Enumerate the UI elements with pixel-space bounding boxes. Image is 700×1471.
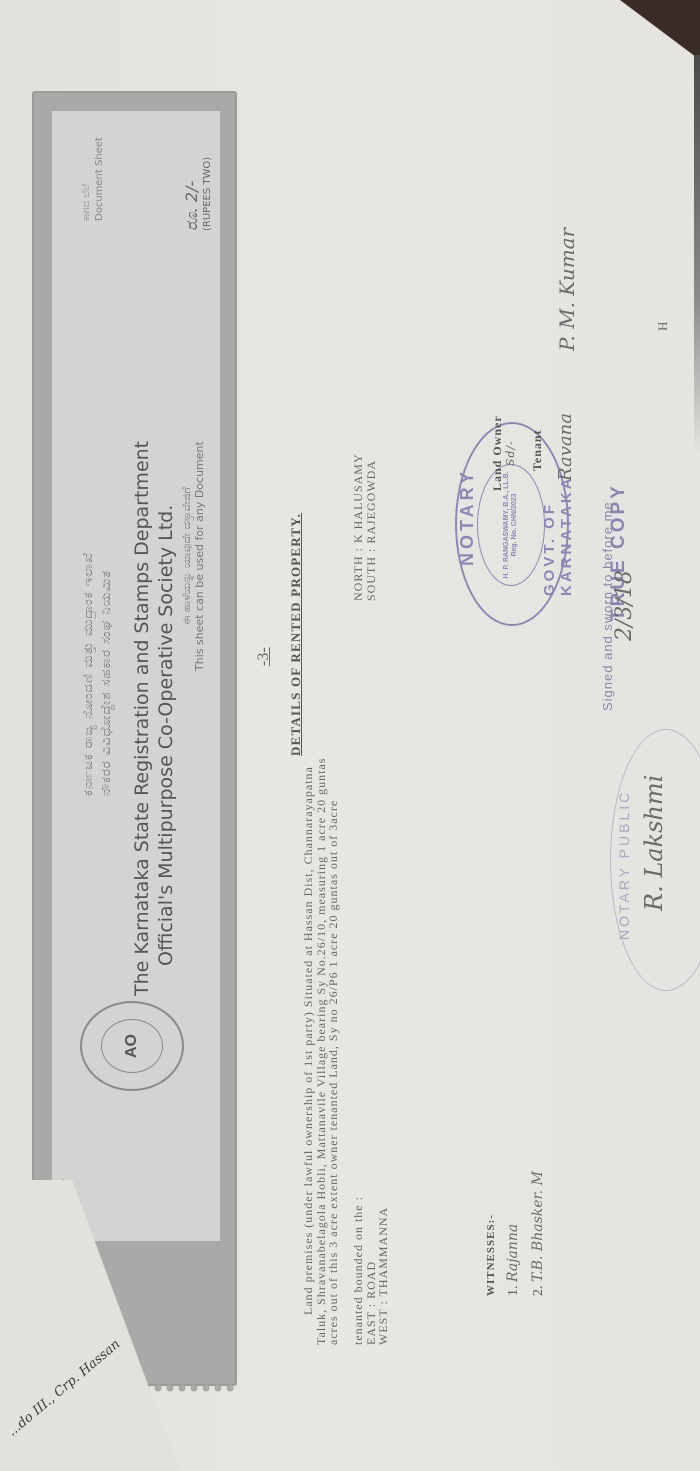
bounded-label: tenanted bounded on the : xyxy=(352,1196,365,1345)
right-note-line-1: ಕಾಗದ ಬೆಲೆ xyxy=(80,137,93,221)
land-owner-signature: Sd/- xyxy=(504,415,518,491)
stamp-inner-panel: ಬಿಲ್ ಕಾಗದ ಬಳಕೆ AO ಕರ್ನಾಟಕ ರಾಜ್ಯ ನೋಂದಣಿ ಮ… xyxy=(52,111,220,1241)
witness-1: 1. Rajanna xyxy=(505,1224,522,1296)
witnesses-label: WITNESSES:- xyxy=(485,1214,497,1296)
bound-west: WEST : THAMMANNA xyxy=(377,1196,390,1345)
notary-signature: R. Lakshmi xyxy=(640,775,668,911)
notary-public-seal-text: NOTARY PUBLIC xyxy=(616,790,632,940)
witness-signature: T.B. Bhasker. M xyxy=(530,1171,546,1282)
land-owner-block: Land Owner Sd/- xyxy=(490,415,518,491)
stamp-value: ರೂ. 2/- (RUPEES TWO) xyxy=(184,157,216,231)
land-owner-label: Land Owner xyxy=(490,415,504,491)
bounds-left: tenanted bounded on the : EAST : ROAD WE… xyxy=(352,1196,390,1345)
margin-mark: H xyxy=(655,322,671,331)
description-line: acres out of this 3 acre extent owner te… xyxy=(327,145,340,1345)
tenant-signature-2: P. M. Kumar xyxy=(555,228,579,351)
page-number: -3- xyxy=(255,647,273,666)
kannada-line-2: ನೌಕರರ ವಿವಿಧೋದ್ದೇಶ ಸಹಕಾರ ಸಂಘ ನಿಯಮಿತ xyxy=(98,552,116,796)
stamp-right-note: ಕಾಗದ ಬೆಲೆ Document Sheet xyxy=(80,137,106,221)
right-note-line-2: Document Sheet xyxy=(93,137,106,221)
kannada-line-1: ಕರ್ನಾಟಕ ರಾಜ್ಯ ನೋಂದಣಿ ಮತ್ತು ಮುದ್ರಾಂಕ ಇಲಾಖ… xyxy=(80,552,98,796)
stamp-value-words: (RUPEES TWO) xyxy=(200,157,216,231)
stamp-title-line-1: The Karnataka State Registration and Sta… xyxy=(130,441,154,996)
stamp-title-line-2: Official's Multipurpose Co-Operative Soc… xyxy=(154,441,178,996)
witness-signature: Rajanna xyxy=(505,1224,521,1282)
stamp-title: The Karnataka State Registration and Sta… xyxy=(130,441,178,996)
notary-seal-top: NOTARY xyxy=(457,468,478,566)
description-line: Land premises (under lawful ownership of… xyxy=(302,145,315,1345)
bound-north: NORTH : K HALUSAMY xyxy=(352,453,365,601)
rotated-document: ಬಿಲ್ ಕಾಗದ ಬಳಕೆ AO ಕರ್ನಾಟಕ ರಾಜ್ಯ ನೋಂದಣಿ ಮ… xyxy=(0,0,700,1471)
stamp-usage-note: ಈ ಹಾಳೆಯನ್ನು ಯಾವುದೇ ದಸ್ತಾವೇಜಿಗೆ This shee… xyxy=(180,441,206,671)
bound-south: SOUTH : RAJEGOWDA xyxy=(365,453,378,601)
witness-2: 2. T.B. Bhasker. M xyxy=(530,1171,547,1296)
usage-note-english: This sheet can be used for any Document xyxy=(193,441,206,671)
sworn-signature: 2/3/18 xyxy=(612,570,637,641)
usage-note-kannada: ಈ ಹಾಳೆಯನ್ನು ಯಾವುದೇ ದಸ್ತಾವೇಜಿಗೆ xyxy=(180,441,193,671)
tenant-signature: Ravana xyxy=(555,413,576,481)
tenant-label: Tenant xyxy=(530,429,545,471)
bounds-right: NORTH : K HALUSAMY SOUTH : RAJEGOWDA xyxy=(352,453,377,601)
property-description: Land premises (under lawful ownership of… xyxy=(302,145,340,1345)
witness-number: 2. xyxy=(531,1286,546,1297)
witness-number: 1. xyxy=(506,1286,521,1297)
stamp-value-amount: ರೂ. 2/- xyxy=(182,181,201,231)
seal-label: AO xyxy=(101,1019,163,1073)
society-seal-icon: AO xyxy=(80,1001,184,1091)
kannada-title: ಕರ್ನಾಟಕ ರಾಜ್ಯ ನೋಂದಣಿ ಮತ್ತು ಮುದ್ರಾಂಕ ಇಲಾಖ… xyxy=(80,552,116,796)
